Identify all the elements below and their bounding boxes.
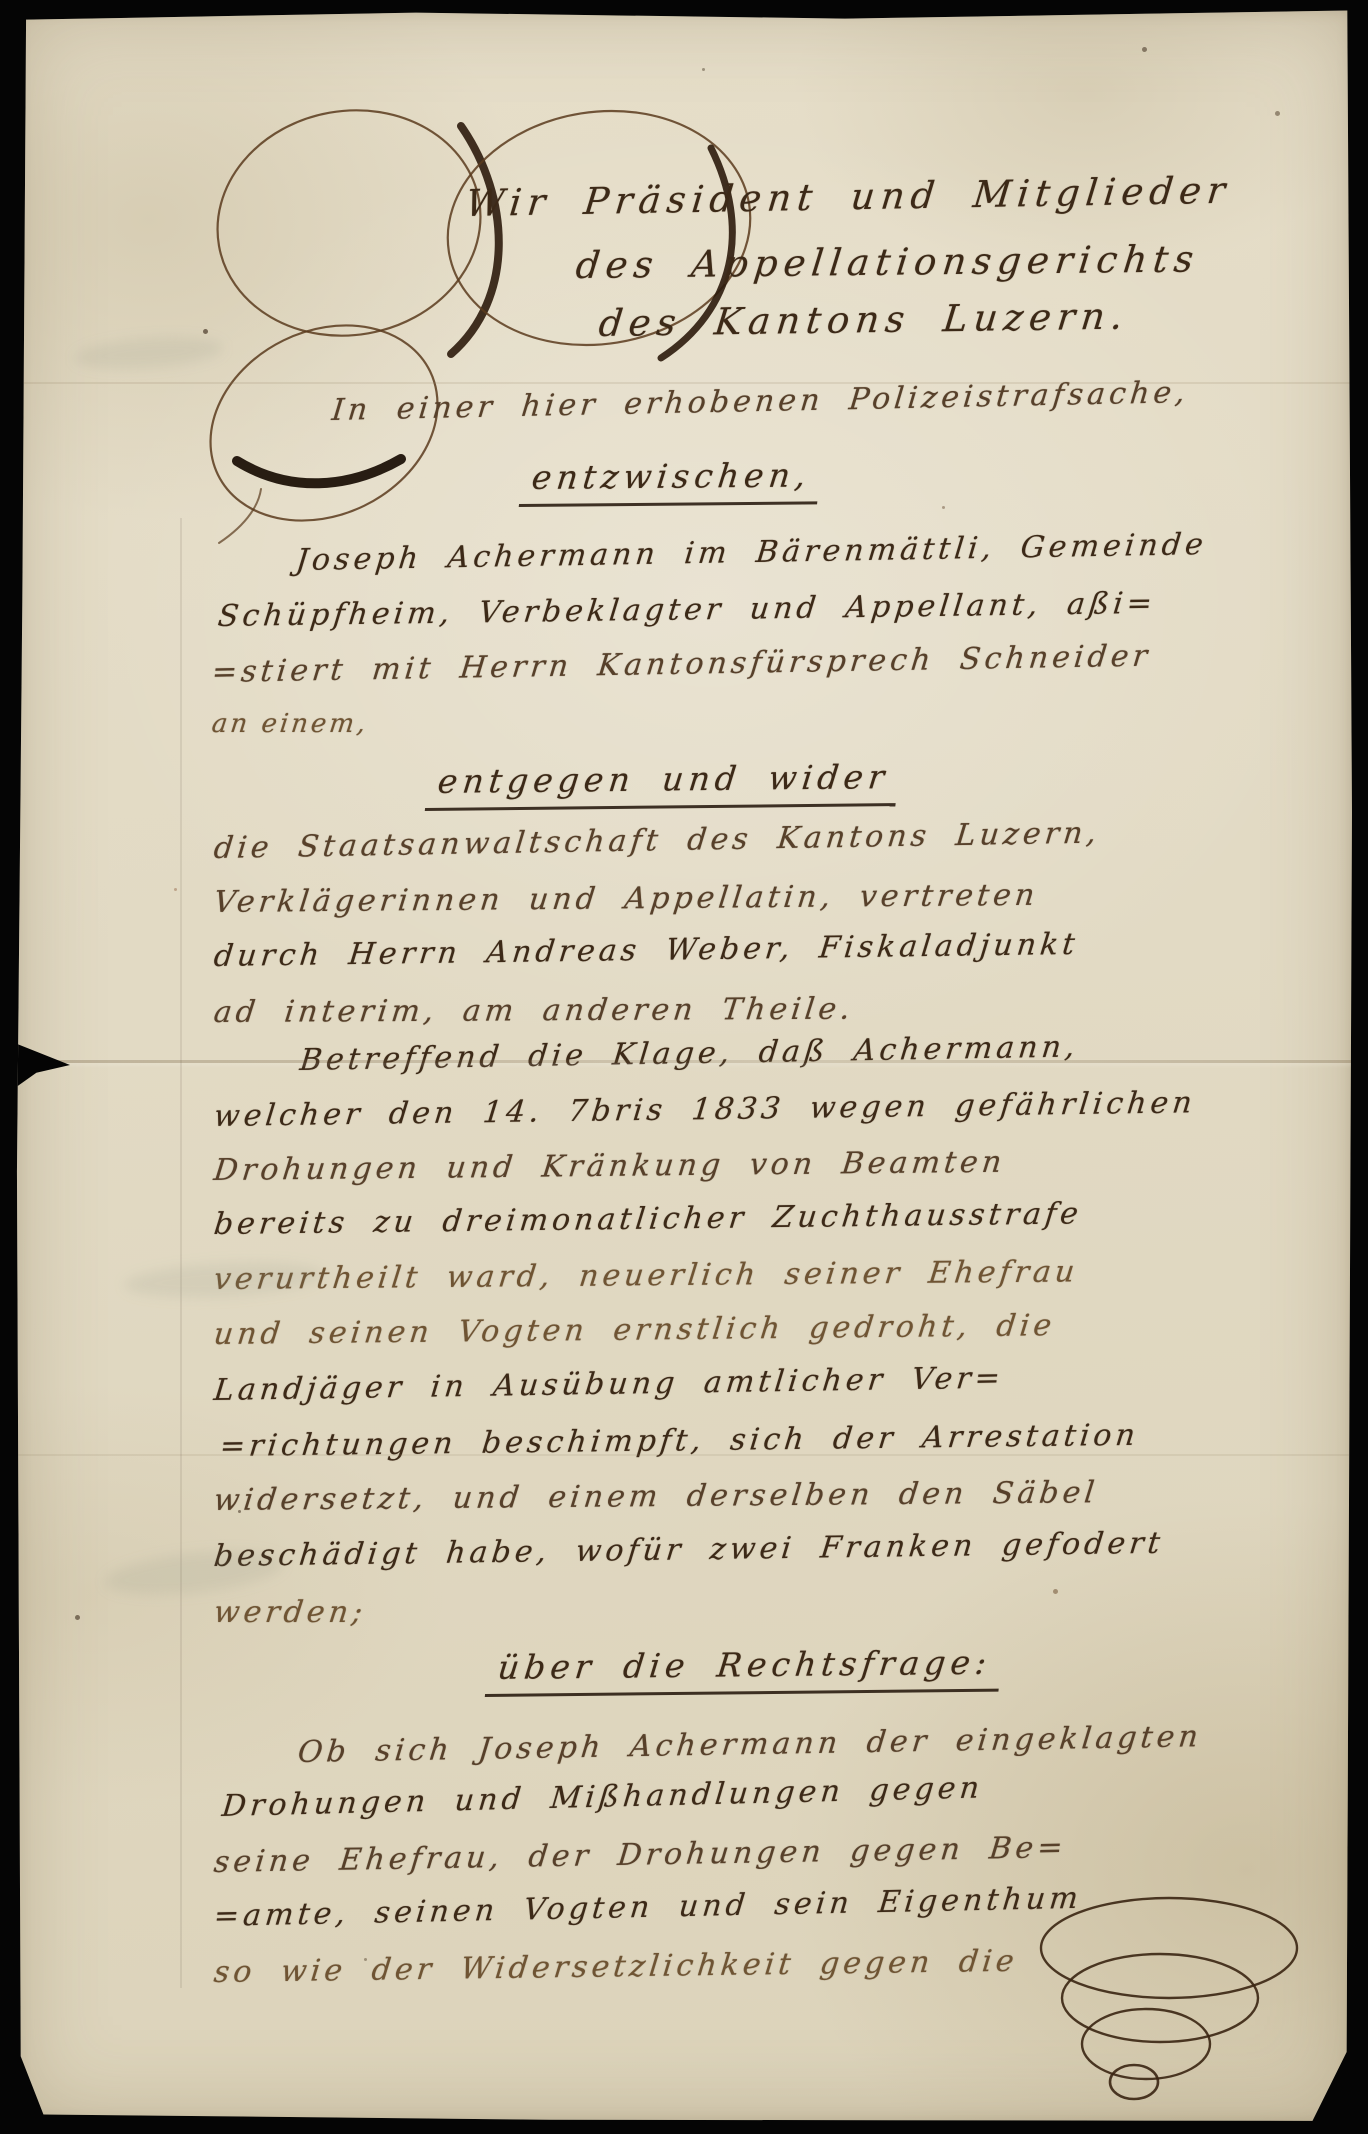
question-line: seine Ehefrau, der Drohungen gegen Be=	[212, 1831, 1068, 1879]
heading-line: des Appellationsgerichts	[574, 239, 1202, 286]
charge-line: welcher den 14. 7bris 1833 wegen gefährl…	[212, 1086, 1197, 1133]
underlined-phrase: entgegen und wider	[425, 757, 902, 811]
charge-line: =richtungen beschimpft, sich der Arresta…	[218, 1419, 1141, 1463]
spiral-pen-flourish-icon	[1014, 1890, 1324, 2120]
versus-keyword: entgegen und wider	[426, 759, 901, 800]
scanned-manuscript-background: { "colors": { "scan_background": "#05050…	[0, 0, 1368, 2134]
charge-line: verurtheilt ward, neuerlich seiner Ehefr…	[212, 1255, 1080, 1296]
question-line: Drohungen und Mißhandlungen gegen	[220, 1771, 984, 1823]
charge-line: Landjäger in Ausübung amtlicher Ver=	[212, 1362, 1006, 1407]
appellee-line: durch Herrn Andreas Weber, Fiskaladjunkt	[212, 928, 1080, 973]
appellee-line: die Staatsanwaltschaft des Kantons Luzer…	[212, 817, 1102, 865]
appellant-line: an einem,	[210, 710, 370, 739]
charge-line: Drohungen und Kränkung von Beamten	[212, 1146, 1007, 1187]
appellant-line: =stiert mit Herrn Kantonsfürsprech Schne…	[210, 640, 1153, 689]
between-keyword: entzwischen,	[520, 457, 823, 496]
underlined-phrase: über die Rechtsfrage:	[485, 1643, 1004, 1697]
question-keyword: über die Rechtsfrage:	[486, 1645, 1003, 1687]
charge-line: Betreffend die Klage, daß Achermann,	[298, 1030, 1080, 1077]
heading-line: des Kantons Luzern.	[597, 297, 1131, 345]
charge-line: widersetzt, und einem derselben den Säbe…	[212, 1476, 1100, 1517]
calligraphic-initial-loop-icon	[189, 293, 459, 563]
question-line: =amte, seinen Vogten und sein Eigenthum	[212, 1882, 1083, 1933]
question-line: Ob sich Joseph Achermann der eingeklagte…	[296, 1720, 1203, 1769]
margin-fold-line	[180, 518, 182, 1988]
appellant-line: Schüpfheim, Verbeklagter und Appellant, …	[216, 587, 1158, 633]
charge-line: beschädigt habe, wofür zwei Franken gefo…	[212, 1527, 1165, 1573]
paper-tear	[12, 1042, 70, 1090]
underlined-word: entzwischen,	[519, 455, 823, 507]
charge-line: werden;	[212, 1596, 368, 1629]
appellee-line: ad interim, am anderen Theile.	[212, 993, 856, 1029]
ink-specks	[14, 8, 17, 11]
question-line: so wie der Widersetzlichkeit gegen die	[212, 1945, 1019, 1989]
charge-line: bereits zu dreimonatlicher Zuchthausstra…	[212, 1197, 1084, 1241]
ink-bleedthrough-smudge	[102, 1544, 285, 1603]
charge-line: und seinen Vogten ernstlich gedroht, die	[212, 1309, 1057, 1351]
manuscript-page: Wir Präsident und Mitglieder des Appella…	[14, 8, 1354, 2124]
appellee-line: Verklägerinnen und Appellatin, vertreten	[212, 879, 1040, 919]
